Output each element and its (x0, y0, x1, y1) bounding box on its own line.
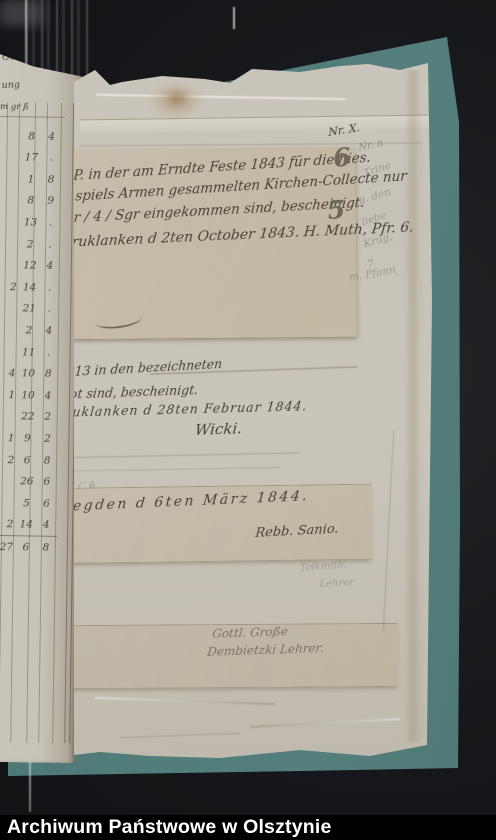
ledger-cell: . (43, 152, 59, 164)
book-spine-corner (0, 0, 44, 26)
ledger-cell: 2 (0, 453, 15, 465)
ledger-cell: 14 (17, 281, 41, 293)
ledger-cell: 4 (41, 324, 57, 336)
ledger-row: 222 (0, 406, 59, 428)
ledger-cell: 13 (18, 216, 42, 228)
ledger-column-heads: m gr ß (0, 102, 29, 112)
ledger-row: 266 (0, 471, 58, 493)
ledger-cell: 10 (16, 367, 40, 379)
ledger-cell: 2 (39, 432, 55, 444)
crease-line (250, 718, 400, 728)
ledger-cell: 8 (39, 454, 55, 466)
ledger-cell: 8 (20, 130, 44, 142)
ledger-cell: 8 (43, 173, 59, 185)
ledger-cell: 2 (0, 518, 14, 530)
handwritten-line: Kruklanken d 28ten Februar 1844. (54, 398, 308, 420)
ledger-row: 124 (0, 255, 61, 277)
ledger-row: 1104 (0, 384, 59, 406)
ledger-row: 268 (0, 449, 58, 471)
paper-stain (165, 90, 189, 107)
ledger-cell: 6 (38, 497, 54, 509)
ledger-cell: 2 (40, 411, 56, 423)
page-edge-highlight (29, 756, 31, 812)
document-page: Daß P. in der am Erndte Feste 1843 für d… (0, 0, 496, 817)
ledger-cell: 2 (17, 324, 41, 336)
handwritten-line: Gottl. Große (212, 624, 289, 641)
crease-line (120, 733, 240, 738)
ledger-cell: 2 (0, 281, 18, 293)
ledger-row: 4108 (0, 363, 59, 385)
crease-highlight (96, 94, 346, 100)
ledger-cell: 17 (19, 151, 43, 163)
ledger-cell: 8 (19, 195, 43, 207)
ledger-cell: 6 (15, 454, 39, 466)
pencil-number-5: 5 (327, 195, 346, 225)
crease-line (383, 430, 394, 630)
ledger-cell: 1 (0, 432, 16, 444)
signature-wicki: Wicki. (194, 419, 243, 439)
crease-line (95, 697, 275, 705)
ledger-cell: 5 (14, 497, 38, 509)
ledger-row: 89 (0, 190, 62, 212)
ledger-cell: . (41, 346, 57, 358)
archival-scan-photo: Geldn. ung m gr ß 8417.188913.2.124214.2… (0, 0, 496, 817)
ledger-cell: 9 (43, 195, 59, 207)
ledger-cell: . (42, 238, 58, 250)
crease-line (45, 452, 300, 458)
ledger-cell: 14 (14, 519, 38, 531)
ledger-row: 18 (0, 168, 62, 190)
ledger-cell: 12 (18, 259, 42, 271)
ledger-row: 24 (0, 319, 60, 341)
ledger-cell: 4 (40, 389, 56, 401)
ledger-rows: 8417.188913.2.124214.21.2411.41081104222… (0, 125, 65, 596)
ledger-row: 2144 (0, 514, 57, 536)
ledger-row: 17. (0, 147, 62, 169)
ledger-cell: . (41, 281, 57, 293)
ledger-cell: 4 (44, 130, 60, 142)
ledger-cell: 10 (16, 389, 40, 401)
ledger-row: 2768 (0, 535, 57, 558)
ledger-cell: 11 (17, 346, 41, 358)
ledger-page-edge-rule (64, 103, 74, 743)
ledger-row: 192 (0, 427, 59, 449)
ledger-cell: 27 (0, 541, 14, 553)
fold-band (80, 115, 430, 134)
ledger-cell: 9 (15, 432, 39, 444)
ledger-cell: 8 (40, 368, 56, 380)
pencil-signature: Lehrer (319, 577, 354, 590)
ledger-row: 84 (1, 125, 63, 147)
ledger-cell: 21 (17, 303, 41, 315)
ledger-cell: . (42, 217, 58, 229)
ledger-cell: 4 (38, 519, 54, 531)
ledger-row: 13. (0, 211, 62, 233)
ledger-row: 56 (0, 492, 58, 514)
pencil-signature: Tolkmith. (299, 560, 347, 574)
ledger-cell: 6 (39, 476, 55, 488)
margin-annotation: g. den (357, 186, 392, 207)
ledger-row: 214. (0, 276, 61, 298)
ledger-header-rule (0, 116, 65, 118)
ledger-cell: 22 (16, 411, 40, 423)
ledger-page-strip: Geldn. ung m gr ß 8417.188913.2.124214.2… (0, 40, 85, 763)
crease-line (45, 467, 280, 472)
fold-shadow (404, 70, 422, 742)
ledger-row: 2. (0, 233, 61, 255)
ledger-cell: . (41, 303, 57, 315)
ledger-cell: 2 (18, 238, 42, 250)
scratch-mark (233, 7, 235, 29)
caption-bar: Archiwum Państwowe w Olsztynie (0, 815, 496, 840)
ledger-cell: 1 (19, 173, 43, 185)
pencil-number-6: 6 (332, 142, 352, 172)
ledger-header-text: ung (1, 79, 20, 91)
ledger-cell: 6 (14, 541, 38, 553)
ledger-cell: 4 (42, 260, 58, 272)
ledger-cell: 1 (0, 389, 16, 401)
ledger-cell: 4 (0, 367, 16, 379)
ledger-cell: 8 (38, 541, 54, 553)
ledger-cell: 26 (15, 475, 39, 487)
ledger-row: 11. (0, 341, 60, 363)
ledger-row: 21. (0, 298, 60, 320)
archive-caption-text: Archiwum Państwowe w Olsztynie (0, 816, 332, 839)
